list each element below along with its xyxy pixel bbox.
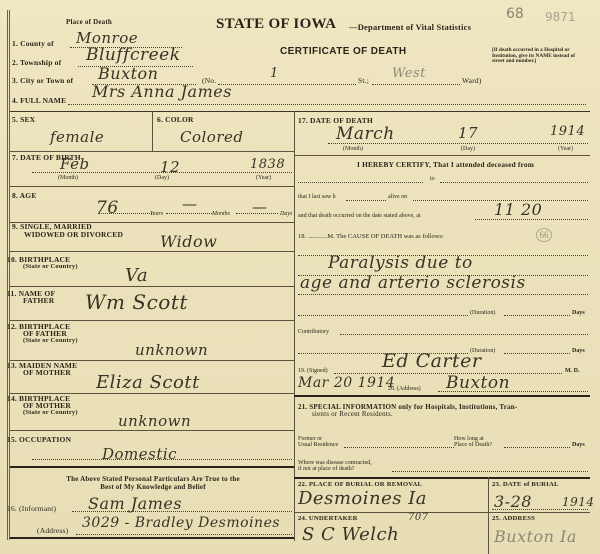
dob-year: 1838	[250, 157, 285, 172]
burial-date-year: 1914	[562, 495, 595, 509]
death-occurred-text: and that death occurred on the date stat…	[298, 213, 421, 219]
rule	[10, 186, 294, 187]
thick-rule	[294, 395, 590, 397]
age-months: —	[182, 195, 198, 213]
full-name-value: Mrs Anna James	[92, 82, 232, 101]
signed-date: Mar 20 1914	[298, 375, 395, 391]
no-value: 1	[270, 66, 279, 81]
contributory-line	[340, 327, 588, 335]
marital-label-line-2: WIDOWED OR DIVORCED	[12, 231, 123, 239]
age-years: 76	[96, 198, 119, 218]
attended-to-line	[440, 174, 588, 183]
informant-address-value: 3029 - Bradley Desmoines	[82, 515, 280, 531]
days-caption: Days	[572, 348, 585, 354]
birthplace-value: Va	[125, 265, 148, 286]
sex-label: 5. SEX	[12, 115, 35, 124]
file-number-2: 9871	[545, 10, 576, 24]
month-caption: (Month)	[58, 175, 78, 181]
month-caption: (Month)	[343, 146, 363, 152]
informant-label: 16. (Informant)	[7, 504, 56, 513]
day-caption: (Day)	[155, 175, 169, 181]
birthplace-label-line-1: 10. BIRTHPLACE	[7, 256, 78, 263]
county-label: 1. County of	[12, 39, 54, 48]
burial-date-value: 3-28	[494, 492, 532, 511]
burial-place-value: Desmoines Ia	[298, 488, 427, 509]
mother-label-line-2: OF MOTHER	[7, 369, 77, 376]
father-birthplace-label-line-2: OF FATHER	[7, 330, 78, 337]
township-value: Bluffcreek	[86, 45, 181, 65]
burial-date-label: 23. DATE of BURIAL	[492, 481, 559, 488]
city-value: Buxton	[98, 64, 158, 83]
dob-day: 12	[160, 158, 180, 176]
full-name-label: 4. FULL NAME	[12, 96, 66, 105]
former-residence-line	[344, 440, 454, 448]
city-label: 3. City or Town of	[12, 76, 73, 85]
undertaker-value: S C Welch	[302, 524, 399, 545]
place-of-death-heading: Place of Death	[66, 18, 112, 26]
cause-line-2: age and arterio sclerosis	[300, 273, 526, 293]
where-contracted-line	[392, 464, 588, 472]
how-long-label: How long at Place of Death?	[454, 436, 492, 448]
day-caption: (Day)	[461, 146, 475, 152]
duration-days-line	[504, 308, 570, 316]
attended-from-line	[298, 174, 423, 183]
informant-statement-line-1: The Above Stated Personal Particulars Ar…	[18, 475, 288, 483]
last-saw-text: that I last saw h	[298, 194, 336, 200]
rule	[10, 286, 294, 287]
father-birthplace-label-line-3: (State or Country)	[7, 337, 78, 344]
ward-label: Ward)	[462, 76, 482, 85]
circled-mark: 66	[536, 228, 552, 242]
death-certificate: Place of Death STATE OF IOWA —Department…	[0, 0, 600, 554]
undertaker-label: 24. UNDERTAKER	[298, 515, 358, 522]
rule	[10, 251, 294, 252]
birthplace-label: 10. BIRTHPLACE (State or Country)	[7, 256, 78, 270]
father-label-line-2: FATHER	[7, 297, 55, 304]
thick-rule	[10, 537, 294, 539]
rule	[10, 320, 294, 321]
days-caption: Days	[572, 310, 585, 316]
medical-address-value: Buxton	[446, 373, 510, 393]
occupation-value: Domestic	[102, 445, 177, 463]
file-number: 68	[506, 6, 524, 22]
no-line	[218, 76, 356, 85]
to-text: to	[430, 176, 435, 182]
special-days-caption: Days	[572, 442, 585, 448]
where-label-line-2: if not at place of death?	[298, 466, 372, 472]
mother-birthplace-label-line-2: OF MOTHER	[7, 402, 78, 409]
burial-place-label: 22. PLACE OF BURIAL OR REMOVAL	[298, 481, 422, 488]
md-caption: M. D.	[565, 368, 580, 374]
year-caption: (Year)	[558, 146, 573, 152]
mother-birthplace-value: unknown	[118, 412, 191, 430]
sex-color-divider	[152, 111, 153, 151]
rule	[294, 155, 590, 156]
dod-day: 17	[458, 124, 478, 142]
where-contracted-label: Where was disease contracted, if not at …	[298, 460, 372, 472]
burial-divider	[488, 477, 489, 554]
duration-line	[298, 308, 468, 316]
marital-label: 9. SINGLE, MARRIED WIDOWED OR DIVORCED	[12, 223, 123, 239]
sex-value: female	[50, 128, 104, 146]
months-caption: Months	[212, 211, 230, 217]
state-title: STATE OF IOWA	[216, 16, 336, 33]
age-days: —	[252, 198, 268, 216]
informant-statement: The Above Stated Personal Particulars Ar…	[18, 475, 288, 491]
father-value: Wm Scott	[85, 290, 188, 314]
st-label: St.;	[358, 76, 369, 85]
last-saw-line	[346, 192, 386, 201]
color-value: Colored	[180, 128, 244, 146]
undertaker-number: 707	[408, 512, 429, 523]
cause-label: 18. ............M. The CAUSE OF DEATH wa…	[298, 233, 444, 240]
informant-statement-line-2: Best of My Knowledge and Belief	[18, 483, 288, 491]
rule	[10, 111, 590, 112]
dob-month: Feb	[60, 155, 90, 173]
former-residence-label: Former or Usual Residence	[298, 436, 338, 448]
certify-text: I HEREBY CERTIFY, That I attended deceas…	[357, 160, 534, 169]
department-name: —Department of Vital Statistics	[349, 22, 471, 32]
mother-birthplace-label-line-3: (State or Country)	[7, 409, 78, 416]
mother-value: Eliza Scott	[96, 372, 200, 393]
father-birthplace-label: 12. BIRTHPLACE OF FATHER (State or Count…	[7, 323, 78, 344]
cause-line-1: Paralysis due to	[328, 253, 473, 273]
st-value: West	[392, 66, 426, 81]
thick-rule	[10, 466, 294, 468]
burial-address-value: Buxton Ia	[494, 527, 577, 546]
burial-address-label: 25. ADDRESS	[492, 515, 535, 522]
hospital-note: [If death occurred in a Hospital or Inst…	[492, 48, 584, 65]
time-value: 11 20	[494, 200, 542, 219]
duration-caption: (Duration)	[470, 310, 495, 316]
father-label: 11. NAME OF FATHER	[7, 290, 55, 304]
certificate-title: CERTIFICATE OF DEATH	[280, 46, 407, 57]
dod-month: March	[336, 124, 395, 144]
year-caption: (Year)	[256, 175, 271, 181]
how-long-label-line-2: Place of Death?	[454, 442, 492, 448]
mother-birthplace-label: 14. BIRTHPLACE OF MOTHER (State or Count…	[7, 395, 78, 416]
alive-on-text: alive on	[388, 194, 407, 200]
duration-days-line	[504, 346, 570, 354]
signed-label: 19. (Signed)	[298, 368, 328, 374]
informant-address-label: (Address)	[37, 526, 68, 535]
marital-value: Widow	[160, 232, 217, 251]
occupation-label: 15. OCCUPATION	[7, 435, 71, 444]
left-border-rule	[7, 10, 10, 540]
dod-year: 1914	[550, 124, 585, 139]
how-long-line	[504, 440, 570, 448]
mother-label: 13. MAIDEN NAME OF MOTHER	[7, 362, 77, 376]
rule	[10, 151, 294, 152]
rule	[294, 512, 590, 513]
contributory-label: Contributory	[298, 329, 329, 335]
thick-rule	[294, 477, 590, 479]
color-label: 6. COLOR	[157, 115, 194, 124]
former-label-line-2: Usual Residence	[298, 442, 338, 448]
years-caption: Years	[150, 211, 163, 217]
father-birthplace-value: unknown	[135, 341, 208, 359]
informant-value: Sam James	[88, 494, 182, 513]
special-info-heading-line-2: sients or Recent Residents.	[298, 411, 517, 418]
signed-value: Ed Carter	[382, 350, 481, 372]
age-label: 8. AGE	[12, 191, 37, 200]
medical-address-label: 20. (Address)	[388, 386, 421, 392]
birthplace-label-line-2: (State or Country)	[7, 263, 78, 270]
township-label: 2. Township of	[12, 58, 61, 67]
days-caption: Days	[280, 211, 292, 217]
special-info-heading: 21. SPECIAL INFORMATION only for Hospita…	[298, 404, 517, 418]
rule	[10, 430, 294, 431]
